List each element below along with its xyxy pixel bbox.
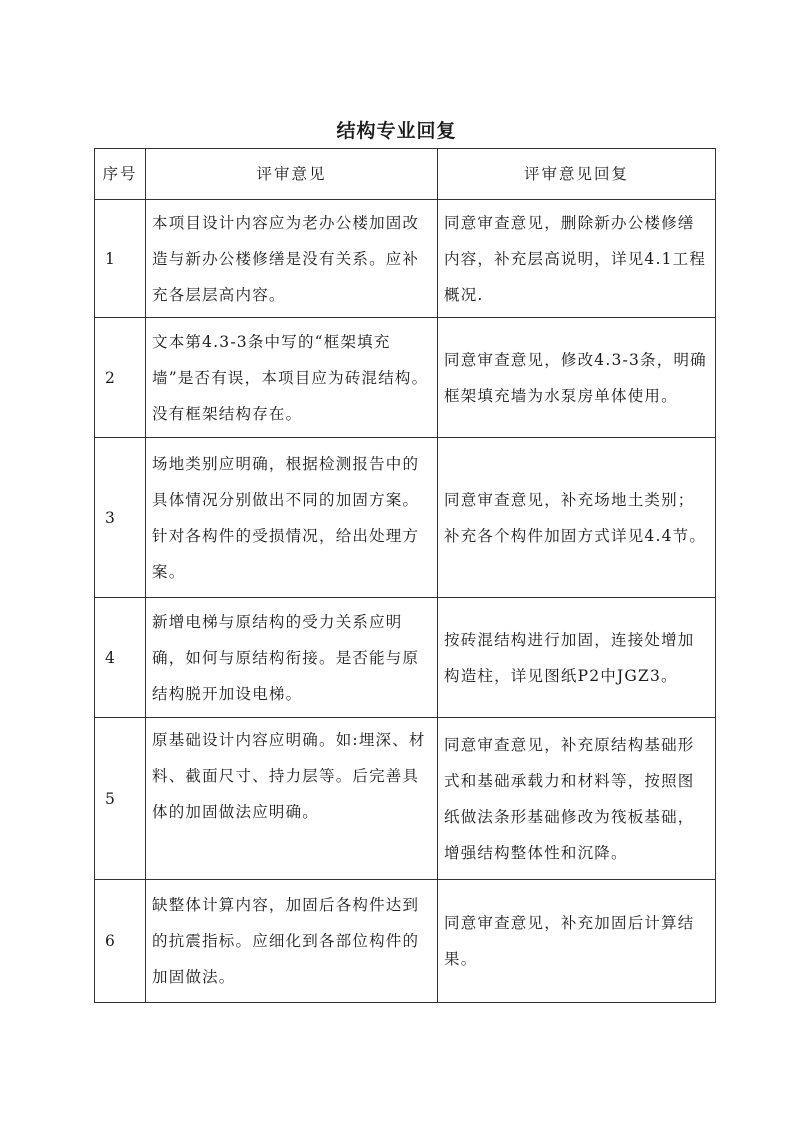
review-reply: 同意审查意见，补充加固后计算结果。 <box>438 880 716 1003</box>
table-row: 5 原基础设计内容应明确。如:埋深、材料、截面尺寸、持力层等。后完善具体的加固做… <box>95 718 716 880</box>
row-number: 4 <box>95 598 146 718</box>
review-table: 序号 评审意见 评审意见回复 1 本项目设计内容应为老办公楼加固改造与新办公楼修… <box>94 148 716 1003</box>
review-comment: 缺整体计算内容，加固后各构件达到的抗震指标。应细化到各部位构件的加固做法。 <box>146 880 438 1003</box>
row-number: 6 <box>95 880 146 1003</box>
table-row: 1 本项目设计内容应为老办公楼加固改造与新办公楼修缮是没有关系。应补充各层层高内… <box>95 200 716 318</box>
review-comment: 文本第4.3-3条中写的“框架填充墙”是否有误，本项目应为砖混结构。没有框架结构… <box>146 318 438 438</box>
row-number: 2 <box>95 318 146 438</box>
page-title: 结构专业回复 <box>0 116 793 143</box>
review-reply: 按砖混结构进行加固，连接处增加构造柱，详见图纸P2中JGZ3。 <box>438 598 716 718</box>
header-no: 序号 <box>95 149 146 200</box>
review-comment: 场地类别应明确，根据检测报告中的具体情况分别做出不同的加固方案。针对各构件的受损… <box>146 438 438 598</box>
table-row: 4 新增电梯与原结构的受力关系应明确，如何与原结构衔接。是否能与原结构脱开加设电… <box>95 598 716 718</box>
row-number: 3 <box>95 438 146 598</box>
review-comment: 本项目设计内容应为老办公楼加固改造与新办公楼修缮是没有关系。应补充各层层高内容。 <box>146 200 438 318</box>
review-reply: 同意审查意见，补充原结构基础形式和基础承载力和材料等，按照图纸做法条形基础修改为… <box>438 718 716 880</box>
table-row: 3 场地类别应明确，根据检测报告中的具体情况分别做出不同的加固方案。针对各构件的… <box>95 438 716 598</box>
review-reply: 同意审查意见，补充场地土类别；补充各个构件加固方式详见4.4节。 <box>438 438 716 598</box>
review-reply: 同意审查意见，修改4.3-3条，明确框架填充墙为水泵房单体使用。 <box>438 318 716 438</box>
review-comment: 新增电梯与原结构的受力关系应明确，如何与原结构衔接。是否能与原结构脱开加设电梯。 <box>146 598 438 718</box>
row-number: 1 <box>95 200 146 318</box>
review-reply: 同意审查意见，删除新办公楼修缮内容，补充层高说明，详见4.1工程概况. <box>438 200 716 318</box>
review-comment: 原基础设计内容应明确。如:埋深、材料、截面尺寸、持力层等。后完善具体的加固做法应… <box>146 718 438 880</box>
table-header-row: 序号 评审意见 评审意见回复 <box>95 149 716 200</box>
header-comment: 评审意见 <box>146 149 438 200</box>
table-row: 2 文本第4.3-3条中写的“框架填充墙”是否有误，本项目应为砖混结构。没有框架… <box>95 318 716 438</box>
table-row: 6 缺整体计算内容，加固后各构件达到的抗震指标。应细化到各部位构件的加固做法。 … <box>95 880 716 1003</box>
row-number: 5 <box>95 718 146 880</box>
header-reply: 评审意见回复 <box>438 149 716 200</box>
